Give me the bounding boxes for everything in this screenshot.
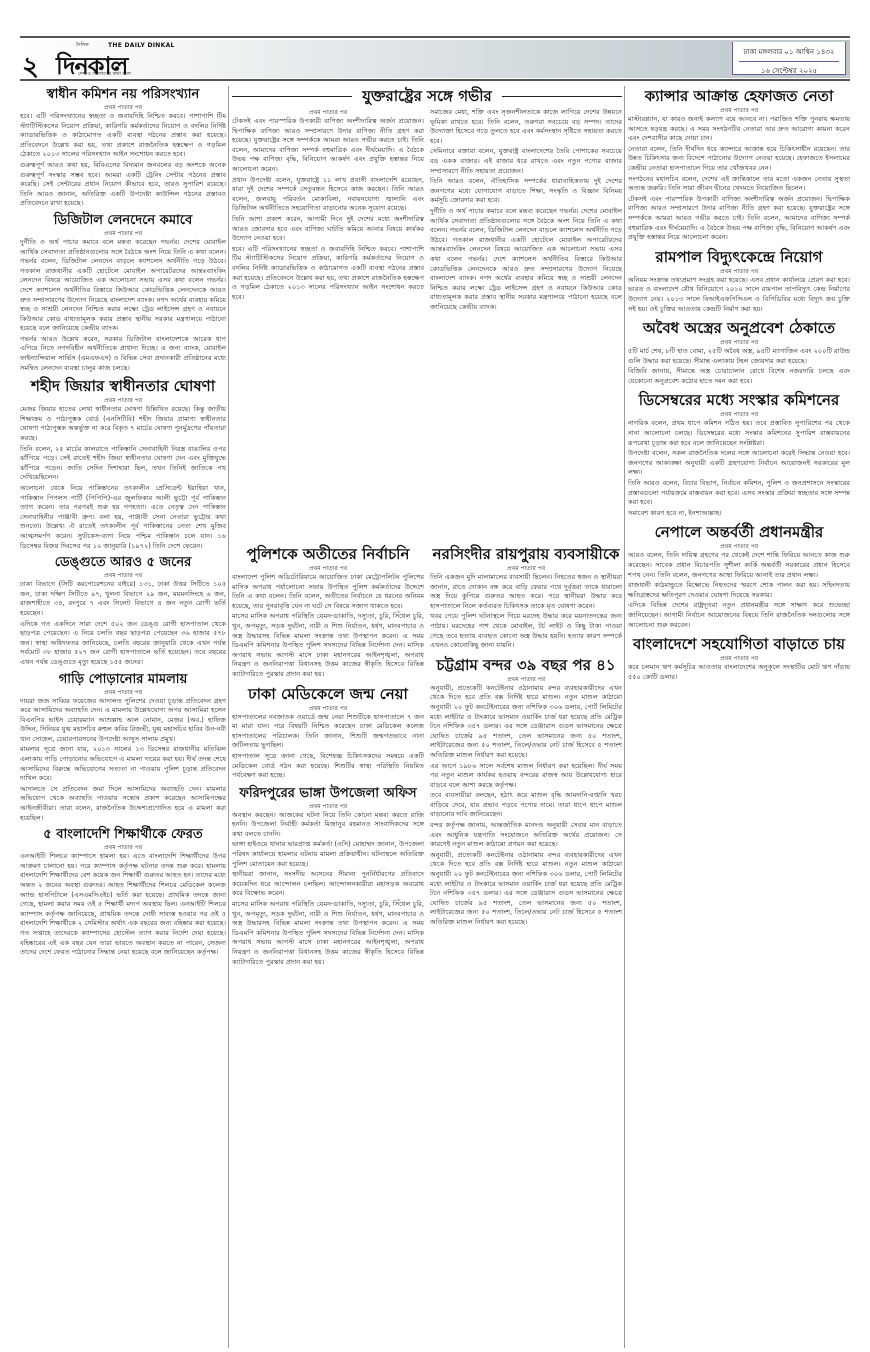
article-body: বাংলাদেশ পুলিশ অডিটোরিয়ামে আয়োজিত ঢাকা… — [232, 573, 424, 680]
article-body: এনআইটি শিলচর ক্যাম্পাসে হামলা হয়। এতে ব… — [20, 852, 226, 958]
paragraph: রাজধানী কাঠমান্ডুতে বিক্ষোভে নিহতদের স্ম… — [628, 581, 850, 600]
headline: ঢাকা মেডিকেলে জন্ম নেয়া — [232, 684, 424, 704]
paragraph: ৫টি মার্চ শেষ, ৮টি হাত বোমা, ২৫টি অবৈধ অ… — [628, 347, 850, 366]
headline: ৫ বাংলাদেশি শিক্ষার্থীকে ফেরত — [20, 826, 226, 843]
paragraph: নাগরিক বলেন, প্রথম ধাপে কমিশন গঠিত হয়। … — [628, 419, 850, 448]
paragraph: তিনি বলেন, ২৫ মার্চের কালরাতে পাকিস্তানি… — [20, 445, 226, 483]
headline: ডিসেম্বরের মধ্যে সংস্কার কমিশনের — [628, 390, 850, 410]
paragraph: এদিকে বিভিন্ন দেশের রাষ্ট্রদূতরা নতুন প্… — [628, 601, 850, 630]
article-body: হাসপাতালের নবজাতক ওয়ার্ডে জন্ম নেয়া শি… — [232, 713, 424, 781]
paragraph: এদিকে গত একদিনে সারা দেশে ৫০২ জন ডেঙ্গু … — [20, 620, 226, 668]
article-body: অবস্থান করছেন। আজকের ঘটনা নিয়ে তিনি কোন… — [232, 811, 424, 968]
paragraph: এর আগে ১৯৮৬ সালে সর্বশেষ মাশুল নির্ধারণ … — [430, 762, 622, 791]
paragraph: অবস্থান করছেন। আজকের ঘটনা নিয়ে তিনি কোন… — [232, 811, 424, 840]
date-box: ঢাকা মঙ্গলবার ০১ আশ্বিন ১৪৩২ ১৬ সেপ্টেম্… — [732, 42, 846, 75]
continued-label: প্রথম পাতার পর — [232, 802, 424, 811]
paragraph: দুর্নীতি ও অর্থ পাচার কমাবে বলে মন্তব্য … — [430, 207, 622, 313]
continued-label: প্রথম পাতার পর — [628, 338, 850, 347]
paragraph: অনুযায়ী, প্রত্যেকটি কনটেইনার ওঠানামায় … — [430, 684, 622, 761]
paragraph: টেকসই এবং পারস্পরিক উপকারী বাণিজ্য অংশীদ… — [628, 195, 850, 243]
top-rule — [20, 36, 850, 38]
paragraph: এনআইটি শিলচর ক্যাম্পাসে হামলা হয়। এতে ব… — [20, 852, 226, 958]
logo: দৈনিক THE DAILY DINKAL দিনকাল দেশ ও জনগণ… — [56, 42, 196, 78]
headline: অবৈধ অস্ত্রের অনুপ্রবেশ ঠেকাতে — [628, 318, 850, 338]
paragraph: হাসপাতালের নবজাতক ওয়ার্ডে জন্ম নেয়া শি… — [232, 713, 424, 751]
headline-row: যুক্তরাষ্ট্রের সঙ্গে গভীর — [232, 86, 622, 106]
paragraph: দায়রা জজ সাব্বির ফয়েজের আদালত পুলিশের … — [20, 697, 226, 745]
article-body: অনুযায়ী, প্রত্যেকটি কনটেইনার ওঠানামায় … — [430, 684, 622, 928]
column-divider — [228, 86, 229, 1348]
headline-rule — [502, 96, 622, 97]
article-body: ৫টি মার্চ শেষ, ৮টি হাত বোমা, ২৫টি অবৈধ অ… — [628, 347, 850, 386]
paragraph: স্থানীয়রা জানান, সংসদীয় আসনের সীমানা প… — [232, 870, 424, 899]
paragraph: আরও বলেন, তিনি দায়িত্ব গ্রহণের পর থেকেই… — [628, 551, 850, 580]
paragraph: তিনি আশা প্রকাশ করেন, আগামী দিনে দুই দেশ… — [232, 215, 424, 244]
headline: ক্যান্সার আক্রান্ত হেফাজত নেতা — [628, 86, 850, 106]
continued-label: প্রথম পাতার পর — [232, 704, 424, 713]
continued-label: প্রথম পাতার পর — [20, 103, 226, 112]
paragraph: গভর্নর আরও উল্লেখ করেন, সরকার ডিজিটাল বা… — [20, 335, 226, 373]
article-body: দুর্নীতি ও অর্থ পাচার কমাবে বলে মন্তব্য … — [20, 238, 226, 373]
article-body: টেকসই এবং পারস্পরিক উপকারী বাণিজ্য অংশীদ… — [232, 117, 424, 302]
headline: গাড়ি পোড়ানোর মামলায় — [20, 671, 226, 688]
continued-label: প্রথম পাতার পর — [232, 108, 424, 117]
paragraph: দুর্নীতি ও অর্থ পাচার কমাবে বলে মন্তব্য … — [20, 238, 226, 334]
continued-label: প্রথম পাতার পর — [628, 106, 850, 115]
paragraph: অনুযায়ী, প্রত্যেকটি কনটেইনার ওঠানামায় … — [430, 851, 622, 928]
continued-label: প্রথম পাতার পর — [20, 688, 226, 697]
paragraph: তিনি একজন মুদি মালামালের ব্যবসায়ী ছিলেন… — [430, 573, 622, 611]
paragraph: উপদেষ্টা বলেন, সকল রাজনৈতিক দলের সঙ্গে আ… — [628, 449, 850, 478]
column-3-bottom: নরসিংদীর রায়পুরায় ব্যবসায়ীকে প্রথম পা… — [430, 544, 622, 1348]
article: ডিজিটাল লেনদেনে কমাবে প্রথম পাতার পর দুর… — [20, 212, 226, 373]
headline-rule — [232, 96, 352, 97]
article-body: তিনি একজন মুদি মালামালের ব্যবসায়ী ছিলেন… — [430, 573, 622, 651]
date-bangla: ঢাকা মঙ্গলবার ০১ আশ্বিন ১৪৩২ — [739, 42, 839, 62]
continued-label: প্রথম পাতার পর — [628, 267, 850, 276]
continued-label: প্রথম পাতার পর — [20, 396, 226, 405]
continued-label: প্রথম পাতার পর — [430, 675, 622, 684]
headline: রামপাল বিদ্যুৎকেন্দ্রে নিয়োগ — [628, 247, 850, 267]
article-body: ঢাকা বিভাগে (সিটি করপোরেশনের বাইরে) ১৩১,… — [20, 580, 226, 667]
continued-label: প্রথম পাতার পর — [232, 564, 424, 573]
column-divider — [624, 86, 625, 1348]
paragraph: মাসের মাসিক অপরাধ পরিস্থিতি যেমন-ডাকাতি,… — [232, 612, 424, 679]
article-body: অনিয়ম সংক্রান্ত তথ্যপ্রমাণ সংগ্রহ করা হ… — [628, 276, 850, 314]
continued-label: প্রথম পাতার পর — [20, 571, 226, 580]
paragraph: বিজিবি জানায়, সীমান্তে অস্ত্র চোরাচালান… — [628, 367, 850, 386]
masthead: ২ দৈনিক THE DAILY DINKAL দিনকাল দেশ ও জন… — [20, 40, 850, 78]
headline: ফরিদপুরের ভাঙ্গা উপজেলা অফিস — [232, 785, 424, 802]
paragraph: আদালতে সে প্রতিবেদন জমা দিলে আসামিদের অব… — [20, 785, 226, 823]
paragraph: ঢাকা বিভাগে (সিটি করপোরেশনের বাইরে) ১৩১,… — [20, 580, 226, 618]
article-body: মাস্টারপ্ল্যান, যা কারও জন্যই কল্যাণ বয়… — [628, 115, 850, 243]
paragraph: গুরুত্বপূর্ণ আরও কথা হয়, বিবিএসের বিদ্য… — [20, 161, 226, 209]
headline: বাংলাদেশে সহযোগিতা বাড়াতে চায় — [628, 634, 850, 654]
headline: স্বাধীন কমিশন নয় পরিসংখ্যান — [20, 86, 226, 103]
continued-label: প্রথম পাতার পর — [20, 843, 226, 852]
paragraph: মেজর জিয়ার হাতের লেখা স্বাধীনতার ঘোষণা … — [20, 405, 226, 443]
headline: নেপালে অন্তর্বর্তী প্রধানমন্ত্রীর — [628, 522, 850, 542]
article-body: মেজর জিয়ার হাতের লেখা স্বাধীনতার ঘোষণা … — [20, 405, 226, 551]
continued-label: প্রথম পাতার পর — [20, 229, 226, 238]
article-body: দায়রা জজ সাব্বির ফয়েজের আদালত পুলিশের … — [20, 697, 226, 824]
paragraph: প্রধান উপদেষ্টা বলেন, যুক্তরাষ্ট্রে ১১ ল… — [232, 176, 424, 214]
article: গাড়ি পোড়ানোর মামলায় প্রথম পাতার পর দা… — [20, 671, 226, 824]
article-body: করে চলমান ঋণ কর্মসূচির আওতায় বাংলাদেশের… — [628, 663, 850, 682]
article-body: নাগরিক বলেন, প্রথম ধাপে কমিশন গঠিত হয়। … — [628, 419, 850, 518]
paragraph: তিনি আরও বলেন, বিচার বিভাগ, নির্বাচন কমি… — [628, 479, 850, 508]
paragraph: হাসপাতাল সূত্রে জানা গেছে, বিশেষজ্ঞ চিকি… — [232, 752, 424, 781]
continued-label: প্রথম পাতার পর — [430, 564, 622, 573]
continued-label: প্রথম পাতার পর — [628, 654, 850, 663]
paragraph: সংগঠনের মহাসচিব বলেন, দেশের এই ক্রান্তিক… — [628, 175, 850, 194]
paragraph: হবে। এটি পরিসংখ্যানের স্বচ্ছতা ও জবাবদিহ… — [20, 112, 226, 160]
article-body: সমাজের মেধা, শক্তি এবং সৃজনশীলতাকে কাজে … — [430, 108, 622, 312]
paragraph: বন্দর কর্তৃপক্ষ জানায়, আন্তর্জাতিক মানদ… — [430, 821, 622, 850]
paragraph: সেমিনারে বক্তারা বলেন, যুক্তরাষ্ট্র বাংল… — [430, 147, 622, 176]
paragraph: নেতারা বলেন, তিনি দীর্ঘদিন ধরে ক্যান্সার… — [628, 145, 850, 174]
date-english: ১৬ সেপ্টেম্বর ২০২৫ — [733, 62, 845, 77]
paragraph: খবর পেয়ে পুলিশ ঘটনাস্থলে গিয়ে মরদেহ উদ… — [430, 612, 622, 650]
paragraph: অনিয়ম সংক্রান্ত তথ্যপ্রমাণ সংগ্রহ করা হ… — [628, 276, 850, 314]
bottom-rule — [20, 79, 850, 81]
paragraph: তিনি আরও বলেন, ঐতিহাসিক সম্পর্কের ধারাবা… — [430, 177, 622, 206]
paragraph: করে চলমান ঋণ কর্মসূচির আওতায় বাংলাদেশের… — [628, 663, 850, 682]
headline: নরসিংদীর রায়পুরায় ব্যবসায়ীকে — [430, 544, 622, 564]
paragraph: টেকসই এবং পারস্পরিক উপকারী বাণিজ্য অংশীদ… — [232, 117, 424, 175]
logo-tagline: দেশ ও জনগণের কথা বলে — [78, 71, 131, 79]
column-4: ক্যান্সার আক্রান্ত হেফাজত নেতা প্রথম পাত… — [628, 86, 850, 1348]
logo-brand: দিনকাল — [56, 48, 127, 88]
paragraph: ভাঙ্গা হাইওয়ে থানার ভারপ্রাপ্ত কর্মকর্ত… — [232, 840, 424, 869]
article-body: আরও বলেন, তিনি দায়িত্ব গ্রহণের পর থেকেই… — [628, 551, 850, 630]
headline: চট্টগ্রাম বন্দর ৩৯ বছর পর ৪১ — [430, 655, 622, 675]
article: শহীদ জিয়ার স্বাধীনতার ঘোষণা প্রথম পাতার… — [20, 376, 226, 551]
paragraph: মাসের মাসিক অপরাধ পরিস্থিতি যেমন-ডাকাতি,… — [232, 900, 424, 967]
headline: ডিজিটাল লেনদেনে কমাবে — [20, 212, 226, 229]
headline: শহীদ জিয়ার স্বাধীনতার ঘোষণা — [20, 376, 226, 396]
column-2-bottom: পুলিশকে অতীতের নির্বাচনি প্রথম পাতার পর … — [232, 544, 424, 1348]
paragraph: সমাবেশ কারণ হবে না, ইনশাআল্লাহ। — [628, 509, 850, 519]
newspaper-page: ২ দৈনিক THE DAILY DINKAL দিনকাল দেশ ও জন… — [20, 36, 850, 1352]
paragraph: অলোচনা থেকে নিয়ে পাকিস্তানের তৎকালীন প্… — [20, 484, 226, 551]
paragraph: হবে। এটি পরিসংখ্যানের স্বচ্ছতা ও জবাবদিহ… — [232, 245, 424, 303]
continued-label: প্রথম পাতার পর — [628, 542, 850, 551]
paragraph: তবে ব্যবসায়ীরা বলছেন, হঠাৎ করে মাশুল বৃ… — [430, 791, 622, 820]
article-us-relations: যুক্তরাষ্ট্রের সঙ্গে গভীর — [232, 86, 622, 106]
article: ডেঙ্গুতে আরও ৫ জনের প্রথম পাতার পর ঢাকা … — [20, 554, 226, 667]
paragraph: সমাজের মেধা, শক্তি এবং সৃজনশীলতাকে কাজে … — [430, 108, 622, 146]
article: স্বাধীন কমিশন নয় পরিসংখ্যান প্রথম পাতার… — [20, 86, 226, 209]
headline: যুক্তরাষ্ট্রের সঙ্গে গভীর — [362, 86, 492, 106]
paragraph: মাস্টারপ্ল্যান, যা কারও জন্যই কল্যাণ বয়… — [628, 115, 850, 144]
article: ৫ বাংলাদেশি শিক্ষার্থীকে ফেরত প্রথম পাতা… — [20, 826, 226, 958]
page-number: ২ — [22, 46, 39, 90]
column-2-top: প্রথম পাতার পর টেকসই এবং পারস্পরিক উপকার… — [232, 108, 424, 578]
article-body: হবে। এটি পরিসংখ্যানের স্বচ্ছতা ও জবাবদিহ… — [20, 112, 226, 209]
paragraph: মামলার সূত্রে জানা যায়, ২০১৩ সালের ১৩ ড… — [20, 745, 226, 783]
column-1: স্বাধীন কমিশন নয় পরিসংখ্যান প্রথম পাতার… — [20, 86, 226, 1348]
column-3-top: সমাজের মেধা, শক্তি এবং সৃজনশীলতাকে কাজে … — [430, 108, 622, 578]
headline: ডেঙ্গুতে আরও ৫ জনের — [20, 554, 226, 571]
headline: পুলিশকে অতীতের নির্বাচনি — [232, 544, 424, 564]
paragraph: বাংলাদেশ পুলিশ অডিটোরিয়ামে আয়োজিত ঢাকা… — [232, 573, 424, 611]
